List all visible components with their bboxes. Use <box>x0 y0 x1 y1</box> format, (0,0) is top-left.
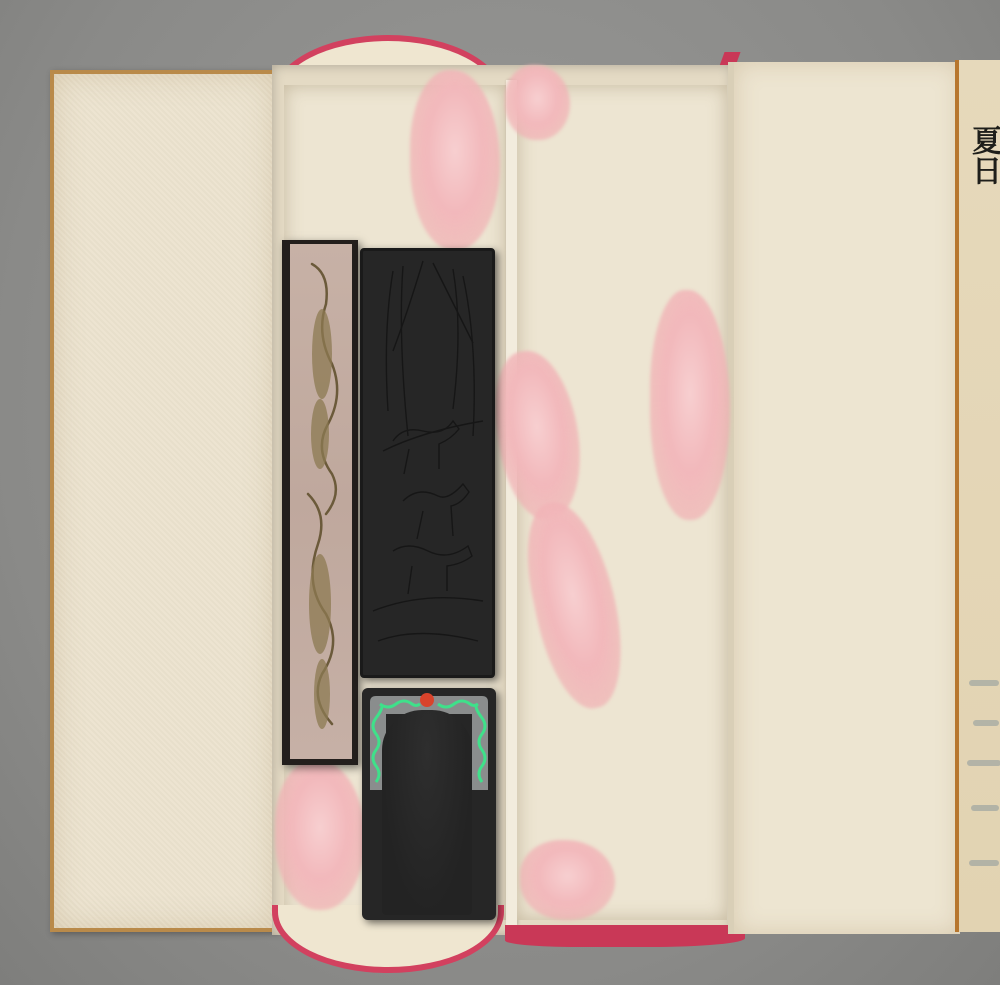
cotton-wad <box>505 65 570 140</box>
wash-stroke <box>969 680 999 686</box>
dragon-engraving-icon <box>290 244 352 759</box>
scroll-calligraphy: 夏日 <box>962 125 1000 185</box>
wash-stroke <box>973 720 999 726</box>
compartment-divider <box>506 80 517 925</box>
horse-ink-cake <box>360 248 495 678</box>
bottom-pink-trim <box>505 925 745 947</box>
left-box-lid <box>50 70 278 932</box>
wash-stroke <box>971 805 999 811</box>
wash-stroke <box>969 860 999 866</box>
right-box-lid <box>728 62 960 934</box>
dragon-ink-stick <box>282 240 358 765</box>
wash-stroke <box>967 760 1000 766</box>
inkstone <box>362 688 496 920</box>
red-seal-dot <box>420 693 434 707</box>
inkstone-well <box>382 710 472 915</box>
dragon-ink-stick-face <box>290 244 352 759</box>
willow-and-horses-engraving-icon <box>363 251 492 675</box>
scroll-painting <box>955 60 1000 932</box>
cotton-wad <box>520 840 615 920</box>
